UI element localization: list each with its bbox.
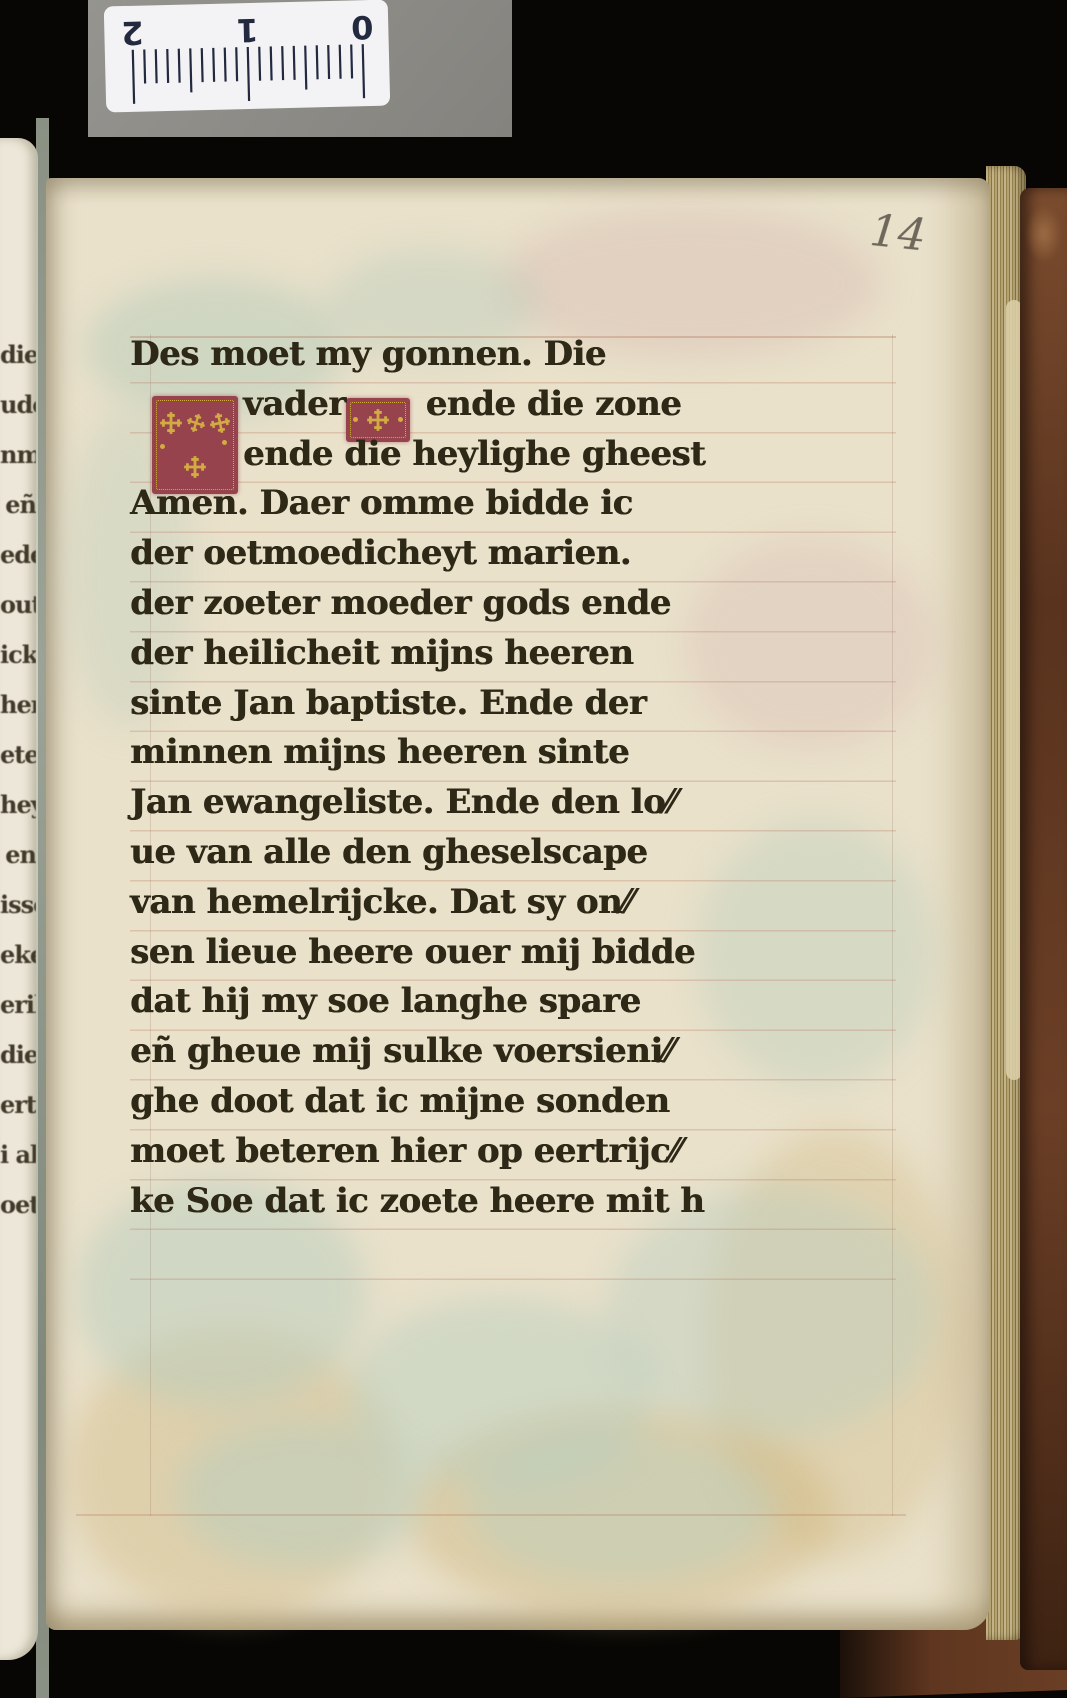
text-line-4: Amen. Daer omme bidde ic (130, 479, 790, 529)
ruler-label-1: 1 (236, 11, 259, 50)
text-line-9: minnen mijns heeren sinte (130, 728, 790, 778)
text-line-18: ke Soe dat ic zoete heere mit h (130, 1177, 790, 1227)
leather-highlight (1026, 205, 1062, 263)
ruler-label-0: 0 (351, 8, 374, 47)
text-line-2a: vader (243, 384, 346, 424)
facing-page-text-fragment: eten (0, 730, 36, 780)
text-line-8: sinte Jan baptiste. Ende der (130, 679, 790, 729)
facing-page-text-fragment: isse (0, 880, 36, 930)
facing-page-text-fragment: i al (0, 1130, 36, 1180)
facing-page-text-fragment: uden (0, 380, 36, 430)
scale-card: 2 1 0 (88, 0, 512, 137)
showthrough-decoration (176, 1418, 426, 1568)
book-cover-leather (1020, 188, 1067, 1670)
text-line-2b: ende die zone (426, 384, 682, 424)
facing-page-text-fragment: die (0, 1030, 36, 1080)
ruling-bottom-line (76, 1514, 906, 1516)
text-line-12: van hemelrijcke. Dat sy on⁄⁄ (130, 878, 790, 928)
ruler: 2 1 0 (103, 0, 394, 117)
text-line-2: vaderende die zone (130, 380, 790, 430)
facing-page-text-fragment: hey (0, 780, 36, 830)
text-line-17: moet beteren hier op eertrijc⁄⁄ (130, 1127, 790, 1177)
facing-page-text-fragment: eñ (0, 480, 36, 530)
facing-page-text-fragment: erik (0, 980, 36, 1030)
showthrough-decoration (466, 1433, 776, 1583)
facing-page-edge: die uden nme eñ ede out ick hem eten hey… (0, 138, 38, 1660)
facing-page-text-fragment: oet (0, 1180, 36, 1230)
ruler-label-2: 2 (121, 14, 144, 53)
facing-page-text-fragment: ert (0, 1080, 36, 1130)
facing-page-text-fragment: en (0, 830, 36, 880)
text-line-6: der zoeter moeder gods ende (130, 579, 790, 629)
facing-page-text-fragment: ick (0, 630, 36, 680)
ruling-right-line (892, 334, 893, 1516)
manuscript-photo: die uden nme eñ ede out ick hem eten hey… (0, 0, 1067, 1698)
facing-page-text-fragment: die (0, 330, 36, 380)
text-line-14: dat hij my soe langhe spare (130, 977, 790, 1027)
text-line-16: ghe doot dat ic mijne sonden (130, 1077, 790, 1127)
facing-page-text-fragment: nme (0, 430, 36, 480)
text-line-10: Jan ewangeliste. Ende den lo⁄⁄ (130, 778, 790, 828)
manuscript-page: Des moet my gonnen. Die vaderende die zo… (46, 178, 990, 1630)
folio-number: 14 (867, 205, 928, 262)
text-line-3: ende die heylighe gheest (130, 430, 790, 480)
facing-page-text-fragment: out (0, 580, 36, 630)
text-line-1: Des moet my gonnen. Die (130, 330, 790, 380)
text-line-15: eñ gheue mij sulke voersieni⁄⁄ (130, 1027, 790, 1077)
text-line-13: sen lieue heere ouer mij bidde (130, 928, 790, 978)
facing-page-text-fragment: ede (0, 530, 36, 580)
text-block: Des moet my gonnen. Die vaderende die zo… (130, 330, 790, 1226)
text-line-7: der heilicheit mijns heeren (130, 629, 790, 679)
facing-page-text-fragment: eke (0, 930, 36, 980)
facing-page-text-fragment: hem (0, 680, 36, 730)
text-line-5: der oetmoedicheyt marien. (130, 529, 790, 579)
text-line-11: ue van alle den gheselscape (130, 828, 790, 878)
